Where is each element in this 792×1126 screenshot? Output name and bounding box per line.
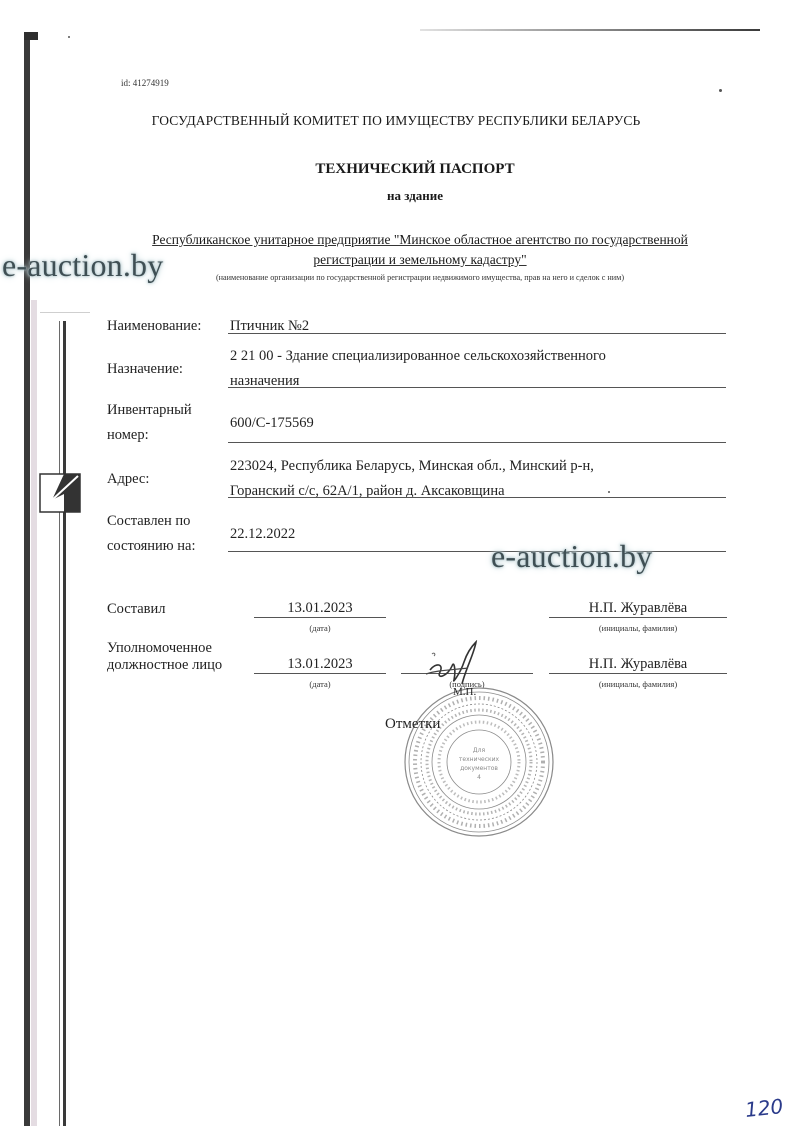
field-label-as-of-line-2: состоянию на: bbox=[107, 534, 195, 558]
stamp-text-1: Для bbox=[473, 747, 486, 754]
official-stamp-icon: Для технических документов 4 bbox=[403, 686, 555, 838]
underline bbox=[228, 497, 726, 498]
compiled-name-caption: (инициалы, фамилия) bbox=[549, 623, 727, 633]
underline bbox=[228, 333, 726, 334]
underline bbox=[254, 617, 386, 618]
marks-heading: Отметки bbox=[385, 716, 440, 733]
field-value-address-line-1: 223024, Республика Беларусь, Минская обл… bbox=[230, 454, 594, 478]
field-value-address-line-2: Горанский с/с, 62А/1, район д. Аксаковщи… bbox=[230, 479, 505, 503]
field-value-purpose-line-2: назначения bbox=[230, 369, 299, 393]
underline bbox=[254, 673, 386, 674]
field-label-as-of-line-1: Составлен по bbox=[107, 509, 190, 533]
authorized-label-line-2: должностное лицо bbox=[107, 657, 222, 674]
authorized-date: 13.01.2023 bbox=[254, 656, 386, 673]
document-subtitle: на здание bbox=[0, 188, 792, 204]
authorized-name: Н.П. Журавлёва bbox=[549, 656, 727, 673]
document-id: id: 41274919 bbox=[121, 78, 169, 88]
stamp-text-3: документов bbox=[460, 765, 498, 772]
compiled-name: Н.П. Журавлёва bbox=[549, 600, 727, 617]
field-label-address: Адрес: bbox=[107, 467, 149, 491]
watermark-top: e-auction.by bbox=[2, 247, 163, 284]
handwritten-page-number: 120 bbox=[744, 1094, 784, 1122]
authorized-label-line-1: Уполномоченное bbox=[107, 640, 212, 657]
organization-line-1: Республиканское унитарное предприятие "М… bbox=[152, 232, 688, 247]
watermark-middle: e-auction.by bbox=[491, 538, 652, 575]
scan-speck bbox=[719, 89, 722, 92]
organization-name: Республиканское унитарное предприятие "М… bbox=[100, 230, 740, 270]
binding-line-thick bbox=[63, 321, 66, 1126]
field-label-purpose: Назначение: bbox=[107, 357, 183, 381]
field-value-name: Птичник №2 bbox=[230, 314, 309, 338]
underline bbox=[549, 673, 727, 674]
scan-speck bbox=[608, 491, 610, 493]
authorized-name-caption: (инициалы, фамилия) bbox=[549, 679, 727, 689]
stamp-text-2: технических bbox=[459, 756, 500, 763]
underline bbox=[549, 617, 727, 618]
underline bbox=[228, 442, 726, 443]
field-value-as-of: 22.12.2022 bbox=[230, 522, 295, 546]
binding-bracket-icon bbox=[38, 470, 86, 516]
compiled-label: Составил bbox=[107, 601, 166, 618]
compiled-date-caption: (дата) bbox=[254, 623, 386, 633]
field-label-name: Наименование: bbox=[107, 314, 201, 338]
scan-speck bbox=[68, 36, 70, 38]
field-value-inventory: 600/С-175569 bbox=[230, 411, 314, 435]
organization-caption: (наименование организации по государстве… bbox=[140, 273, 700, 282]
authorized-date-caption: (дата) bbox=[254, 679, 386, 689]
compiled-date: 13.01.2023 bbox=[254, 600, 386, 617]
binding-line-thin bbox=[59, 321, 60, 1126]
scan-artifact-left-cap bbox=[24, 32, 38, 40]
scan-artifact-left-ghost bbox=[31, 300, 37, 1126]
field-label-inventory-line-1: Инвентарный bbox=[107, 398, 192, 422]
field-label-inventory-line-2: номер: bbox=[107, 423, 149, 447]
document-title: ТЕХНИЧЕСКИЙ ПАСПОРТ bbox=[0, 161, 792, 178]
handwritten-signature-icon bbox=[418, 640, 488, 690]
stamp-text-4: 4 bbox=[477, 774, 481, 781]
underline bbox=[228, 387, 726, 388]
scan-artifact-top-line bbox=[420, 29, 760, 31]
field-value-purpose-line-1: 2 21 00 - Здание специализированное сель… bbox=[230, 344, 606, 368]
committee-heading: ГОСУДАРСТВЕННЫЙ КОМИТЕТ ПО ИМУЩЕСТВУ РЕС… bbox=[0, 113, 792, 129]
organization-line-2: регистрации и земельному кадастру" bbox=[313, 252, 526, 267]
seal-place-label: М.П. bbox=[453, 686, 476, 698]
scan-artifact-short-line bbox=[40, 312, 90, 313]
